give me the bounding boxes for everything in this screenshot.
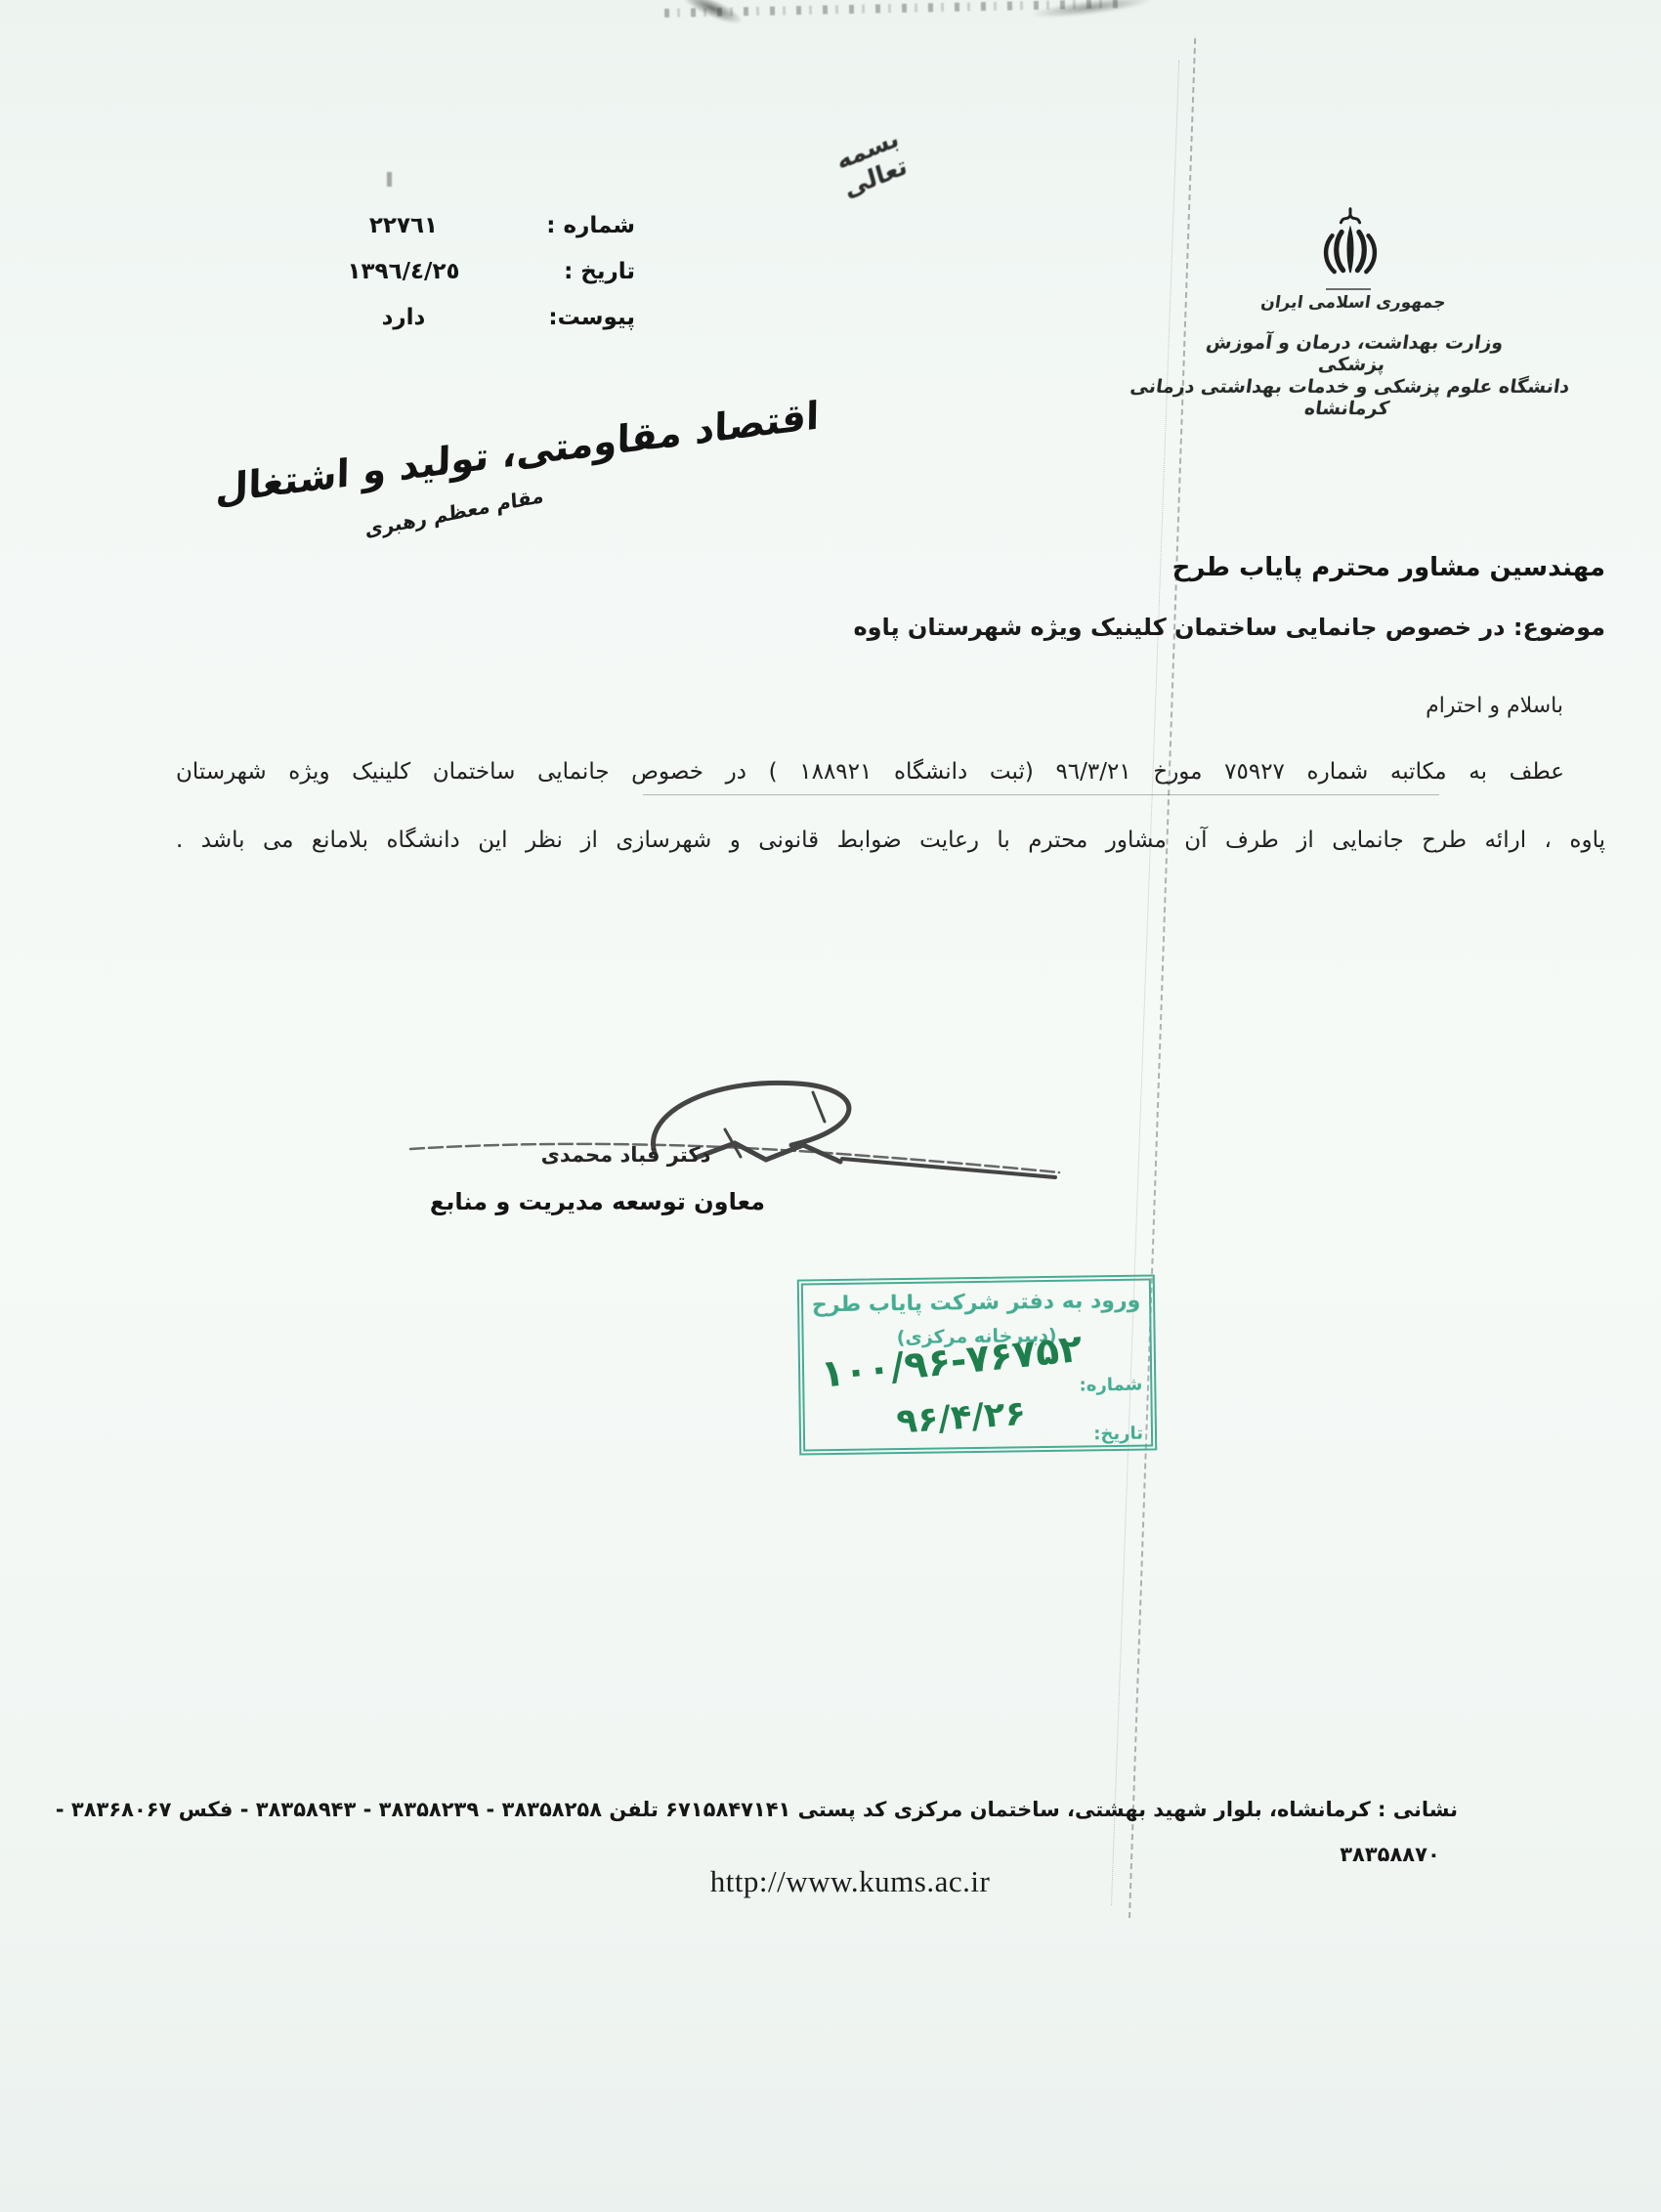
footer-phone-extra: ۳۸۳۵۸۸۷۰	[1324, 1843, 1456, 1866]
subject-line: موضوع: در خصوص جانمایی ساختمان کلینیک وی…	[853, 614, 1605, 641]
entry-stamp: ورود به دفتر شرکت پایاب طرح (دبیرخانه مر…	[797, 1274, 1157, 1455]
scanned-letter-page: بسمه تعالی شماره : ٢٢٧٦١ تاريخ : ١٣٩٦/٤/…	[0, 0, 1661, 2212]
letter-body: عطف به مکاتبه شماره ٧٥٩٢٧ مورخ ٩٦/٣/٢١ (…	[176, 754, 1605, 858]
stamp-title: ورود به دفتر شرکت پایاب طرح	[803, 1289, 1149, 1318]
ref-number-label: شماره :	[516, 213, 635, 238]
ref-date-value: ١٣٩٦/٤/٢٥	[291, 259, 516, 284]
stamp-date-handwritten: ۹۶/۴/۲۶	[858, 1391, 1065, 1444]
subject-label: موضوع:	[1513, 614, 1605, 641]
iran-emblem-icon	[1314, 207, 1386, 287]
site-url: http://www.kums.ac.ir	[689, 1864, 1011, 1899]
reference-fields: شماره : ٢٢٧٦١ تاريخ : ١٣٩٦/٤/٢٥ پيوست: د…	[291, 213, 635, 351]
body-line-2: پاوه ، ارائه طرح جانمایی از طرف آن مشاور…	[176, 823, 1605, 858]
ref-date-row: تاريخ : ١٣٩٦/٤/٢٥	[291, 259, 635, 305]
ref-attachment-row: پيوست: دارد	[291, 305, 635, 351]
letterhead-country: جمهوری اسلامی ایران	[1259, 293, 1448, 313]
bismillah-calligraphy: بسمه تعالی	[800, 110, 943, 217]
stamp-number-label: شماره:	[1079, 1375, 1142, 1396]
body-underline-artifact	[643, 794, 1439, 795]
ref-date-label: تاريخ :	[516, 259, 635, 284]
signatory-name: دکتر قباد محمدی	[516, 1143, 736, 1167]
recipient-line: مهندسین مشاور محترم پایاب طرح	[1172, 553, 1605, 582]
fold-line-secondary	[1111, 60, 1179, 1905]
scan-noise-dot	[387, 172, 392, 187]
ref-number-value: ٢٢٧٦١	[291, 213, 516, 238]
letterhead-university: دانشگاه علوم پزشکی و خدمات بهداشتی درمان…	[1121, 376, 1576, 419]
stamp-date-label: تاریخ:	[1093, 1424, 1143, 1445]
slogan-attribution: مقام معظم رهبری	[370, 484, 544, 541]
ref-attachment-value: دارد	[291, 305, 516, 330]
footer-address: نشانی : کرمانشاه، بلوار شهید بهشتی، ساخت…	[256, 1798, 1458, 1821]
emblem-underline	[1326, 288, 1371, 290]
subject-text: در خصوص جانمایی ساختمان کلینیک ویژه شهرس…	[853, 614, 1512, 641]
signatory-title: معاون توسعه مدیریت و منابع	[472, 1188, 765, 1215]
slogan-calligraphy: اقتصاد مقاومتی، تولید و اشتغال	[362, 394, 819, 494]
ref-number-row: شماره : ٢٢٧٦١	[291, 213, 635, 259]
ref-attachment-label: پيوست:	[516, 305, 635, 330]
salutation-line: باسلام و احترام	[1426, 694, 1563, 718]
letterhead-ministry: وزارت بهداشت، درمان و آموزش پزشکی	[1194, 332, 1512, 375]
signature-scribble-icon	[403, 1063, 1072, 1192]
fold-line	[1129, 38, 1196, 1918]
body-line-1: عطف به مکاتبه شماره ٧٥٩٢٧ مورخ ٩٦/٣/٢١ (…	[176, 754, 1605, 789]
